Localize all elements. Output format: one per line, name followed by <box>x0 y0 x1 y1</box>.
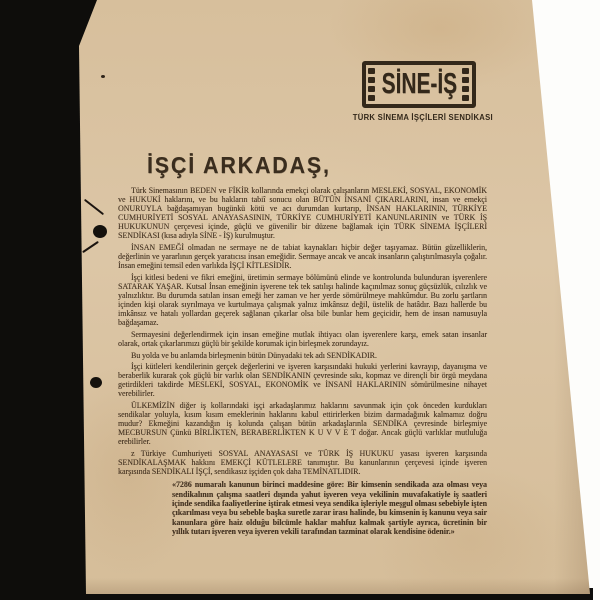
film-sprocket-column <box>368 68 376 101</box>
tear-mark <box>84 199 104 215</box>
hole-punch <box>93 225 107 238</box>
logo-title: SİNE-İŞ <box>381 70 456 99</box>
body-paragraph: z Türkiye Cumhuriyeti SOSYAL ANAYASASI v… <box>118 449 487 476</box>
film-sprocket-hole <box>368 77 375 83</box>
film-sprocket-hole <box>368 68 375 74</box>
body-paragraph: Bu yolda ve bu anlamda birleşmenin bütün… <box>118 351 487 360</box>
leaflet-page: SİNE-İŞ TÜRK SİNEMA İŞÇİLERİ SENDİKASI İ… <box>0 0 600 600</box>
legal-quote: «7286 numaralı kanunun birinci maddesine… <box>172 480 487 536</box>
film-sprocket-hole <box>462 77 469 83</box>
body-paragraph: Türk Sinemasının BEDEN ve FİKİR kolların… <box>118 186 487 241</box>
body-paragraph: Sermayesini değerlendirmek için insan em… <box>118 330 487 348</box>
sine-is-film-strip-logo: SİNE-İŞ <box>362 61 476 108</box>
ink-speck <box>101 75 105 78</box>
film-sprocket-column <box>462 68 470 101</box>
film-sprocket-hole <box>368 86 375 92</box>
logo-subtitle: TÜRK SİNEMA İŞÇİLERİ SENDİKASI <box>353 113 485 122</box>
hole-punch <box>90 377 102 388</box>
page-heading: İŞÇİ ARKADAŞ, <box>147 152 331 179</box>
film-sprocket-hole <box>462 86 469 92</box>
body-paragraph: İNSAN EMEĞİ olmadan ne sermaye ne de tab… <box>118 243 487 270</box>
film-sprocket-hole <box>462 68 469 74</box>
body-paragraph: ÜLKEMİZİN diğer iş kollarındaki işçi ark… <box>118 401 487 446</box>
tear-mark <box>82 241 99 253</box>
film-sprocket-hole <box>368 95 375 101</box>
body-text: Türk Sinemasının BEDEN ve FİKİR kolların… <box>118 186 487 536</box>
body-paragraph: İşçi kitlesi bedeni ve fikri emeğini, ür… <box>118 273 487 328</box>
body-paragraph: İşçi kütleleri kendilerinin gerçek değer… <box>118 362 487 398</box>
film-sprocket-hole <box>462 95 469 101</box>
